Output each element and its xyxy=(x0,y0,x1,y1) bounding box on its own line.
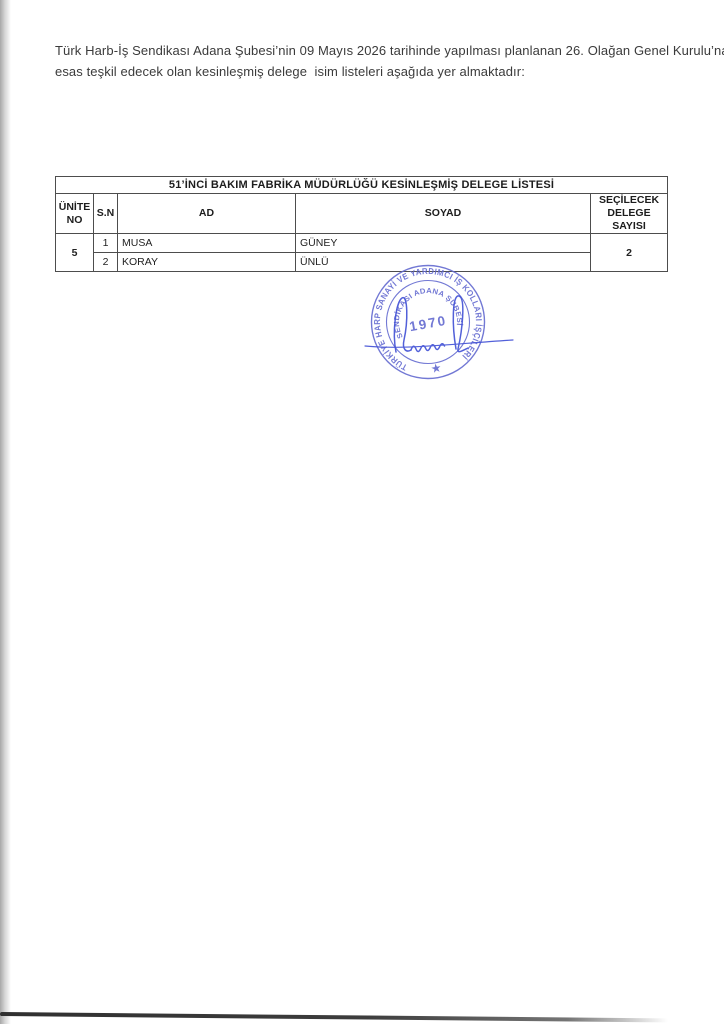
official-stamp: TÜRKİYE HARP SANAYİ VE YARDIMCI İŞ KOLLA… xyxy=(350,250,540,410)
header-ad: AD xyxy=(118,194,296,234)
secilecek-value: 2 xyxy=(591,234,668,272)
star-icon: ★ xyxy=(430,360,443,376)
intro-line-2: esas teşkil edecek olan kesinleşmiş dele… xyxy=(55,61,724,82)
header-unite-no: ÜNİTE NO xyxy=(56,194,94,234)
scan-edge-shadow-left xyxy=(0,0,11,1024)
stamp-year: 1970 xyxy=(408,313,448,334)
scan-edge-shadow-bottom xyxy=(0,1012,668,1022)
stamp-seal-group: TÜRKİYE HARP SANAYİ VE YARDIMCI İŞ KOLLA… xyxy=(363,257,494,388)
row-1-ad: MUSA xyxy=(118,234,296,253)
table-title: 51’İNCİ BAKIM FABRİKA MÜDÜRLÜĞÜ KESİNLEŞ… xyxy=(56,177,668,194)
row-2-sn: 2 xyxy=(94,253,118,272)
table-header-row: ÜNİTE NO S.N AD SOYAD SEÇİLECEK DELEGE S… xyxy=(56,194,668,234)
intro-paragraph: Türk Harb-İş Sendikası Adana Şubesi’nin … xyxy=(55,40,724,82)
row-2-ad: KORAY xyxy=(118,253,296,272)
header-sn: S.N xyxy=(94,194,118,234)
header-secilecek: SEÇİLECEK DELEGE SAYISI xyxy=(591,194,668,234)
row-1-sn: 1 xyxy=(94,234,118,253)
header-soyad: SOYAD xyxy=(296,194,591,234)
scanned-document-page: Türk Harb-İş Sendikası Adana Şubesi’nin … xyxy=(0,0,724,1024)
intro-line-1: Türk Harb-İş Sendikası Adana Şubesi’nin … xyxy=(55,40,724,61)
table-title-row: 51’İNCİ BAKIM FABRİKA MÜDÜRLÜĞÜ KESİNLEŞ… xyxy=(56,177,668,194)
stamp-svg: TÜRKİYE HARP SANAYİ VE YARDIMCI İŞ KOLLA… xyxy=(350,250,540,410)
unite-no-value: 5 xyxy=(56,234,94,272)
